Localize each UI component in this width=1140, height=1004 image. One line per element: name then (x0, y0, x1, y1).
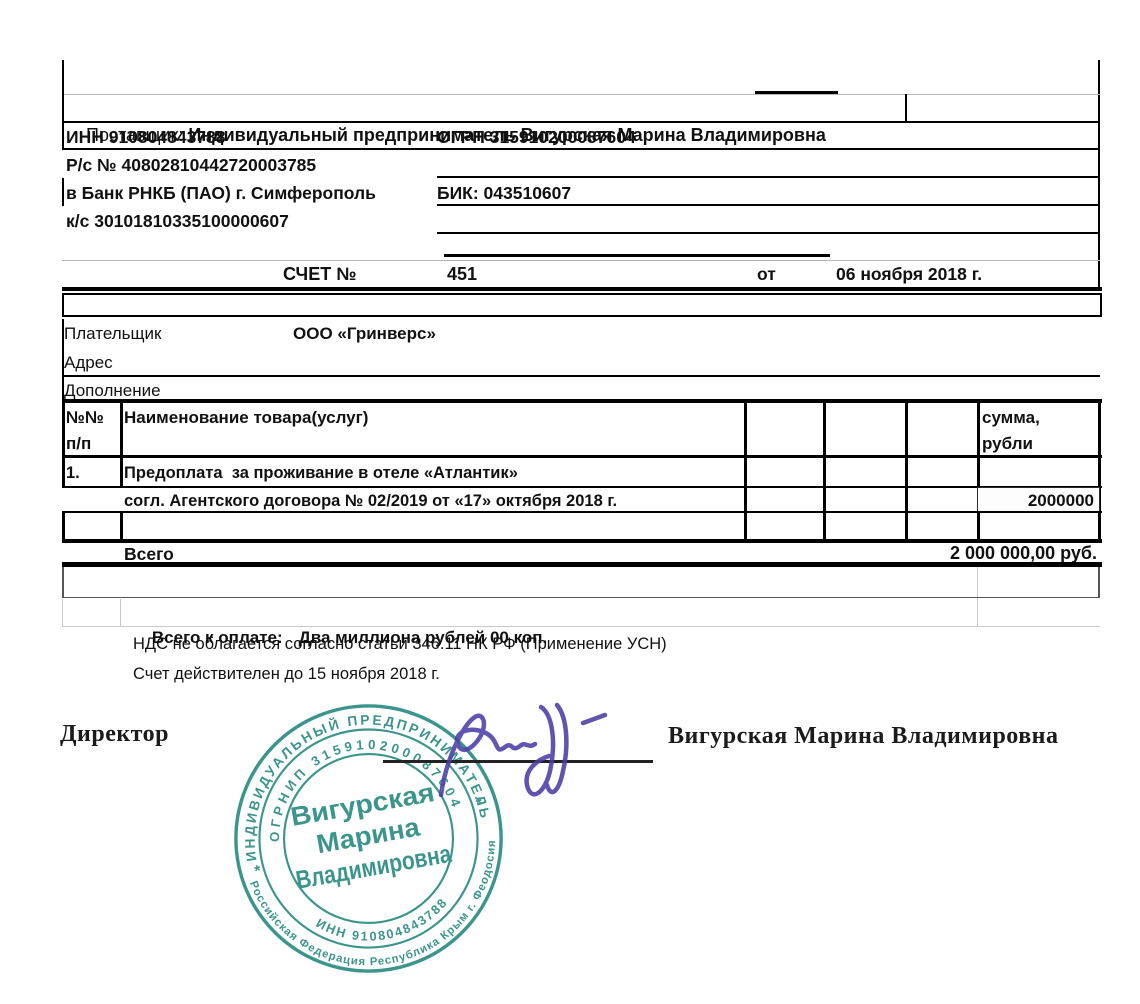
invoice-document: Поставщик: Индивидуальный предпринимател… (0, 0, 1140, 1004)
col-header-num-2: п/п (66, 431, 91, 457)
due-cell-right (120, 599, 121, 626)
signature-stroke-main (441, 716, 535, 795)
supplier-bik: БИК: 043510607 (437, 180, 571, 206)
director-label: Директор (60, 721, 169, 747)
top-gray-line (62, 94, 1100, 95)
supplier-inn: ИНН 910804843788 (66, 124, 226, 150)
thick-line-under-invoice (62, 287, 1102, 291)
table-v-left-b (62, 513, 65, 540)
line-under-bank (437, 204, 1100, 206)
validity-note: Счет действителен до 15 ноября 2018 г. (133, 661, 440, 687)
signature-stroke-dash (583, 715, 605, 723)
supplier-cell-divider (905, 94, 907, 122)
due-cell-left (62, 599, 63, 626)
line-under-supplier (62, 121, 1100, 123)
empty-banner-box (62, 293, 1102, 317)
item-row-number: 1. (66, 460, 80, 486)
payer-name: ООО «Гринверс» (293, 321, 436, 347)
left-border-top (62, 94, 64, 150)
director-name: Вигурская Марина Владимировна (668, 723, 1059, 749)
stamp-asterisk-left: * (253, 862, 263, 880)
left-border-bank (62, 178, 64, 206)
invoice-title: СЧЕТ № (283, 261, 356, 287)
line-under-address (62, 375, 1100, 377)
table-top-border (62, 399, 1102, 403)
invoice-date: 06 ноября 2018 г. (836, 261, 982, 287)
emptyrow-bottom (62, 597, 1100, 598)
emptyrow-left (62, 567, 64, 598)
director-signature (425, 683, 655, 828)
table-v-num-b (120, 513, 123, 540)
line-under-account (437, 176, 1100, 178)
supplier-account: Р/с № 40802810442720003785 (66, 152, 316, 178)
payer-label: Плательщик (64, 321, 161, 347)
due-row-bottom (62, 626, 1100, 627)
payer-address-label: Адрес (64, 350, 113, 376)
table-v-right (1098, 403, 1101, 540)
line-under-inn (62, 148, 1100, 150)
line-under-corr (437, 232, 1100, 234)
col-header-num-1: №№ (66, 405, 104, 431)
row2-bottom (62, 511, 1102, 513)
col-header-sum-1: сумма, (982, 405, 1040, 431)
supplier-ogrn: ОГРН 315910200087604 (437, 124, 636, 150)
col-header-sum-2: рубли (982, 431, 1033, 457)
signature-stroke-loop1 (527, 707, 553, 794)
total-bottom-border (62, 562, 1102, 567)
table-v-c2 (823, 403, 826, 540)
dash-above-invoice (444, 254, 830, 257)
supplier-bank: в Банк РНКБ (ПАО) г. Симферополь (66, 180, 376, 206)
table-v-num-a (120, 403, 123, 486)
table-header-bottom (62, 455, 1102, 458)
table-v-sum (977, 403, 980, 540)
invoice-from-label: от (757, 261, 776, 287)
vat-note: НДС не облагается согласно статьи 346.11… (133, 631, 667, 657)
top-left-border (62, 60, 64, 94)
table-v-c1 (744, 403, 747, 540)
supplier-corr: к/с 30101810335100000607 (66, 208, 289, 234)
table-v-left-a (62, 403, 65, 486)
table-v-c3 (905, 403, 908, 540)
item-row-name: Предоплата за проживание в отеле «Атлант… (124, 460, 518, 486)
col-header-name: Наименование товара(услуг) (124, 405, 368, 431)
invoice-number: 451 (447, 261, 477, 287)
emptyrow-right (1098, 567, 1100, 598)
